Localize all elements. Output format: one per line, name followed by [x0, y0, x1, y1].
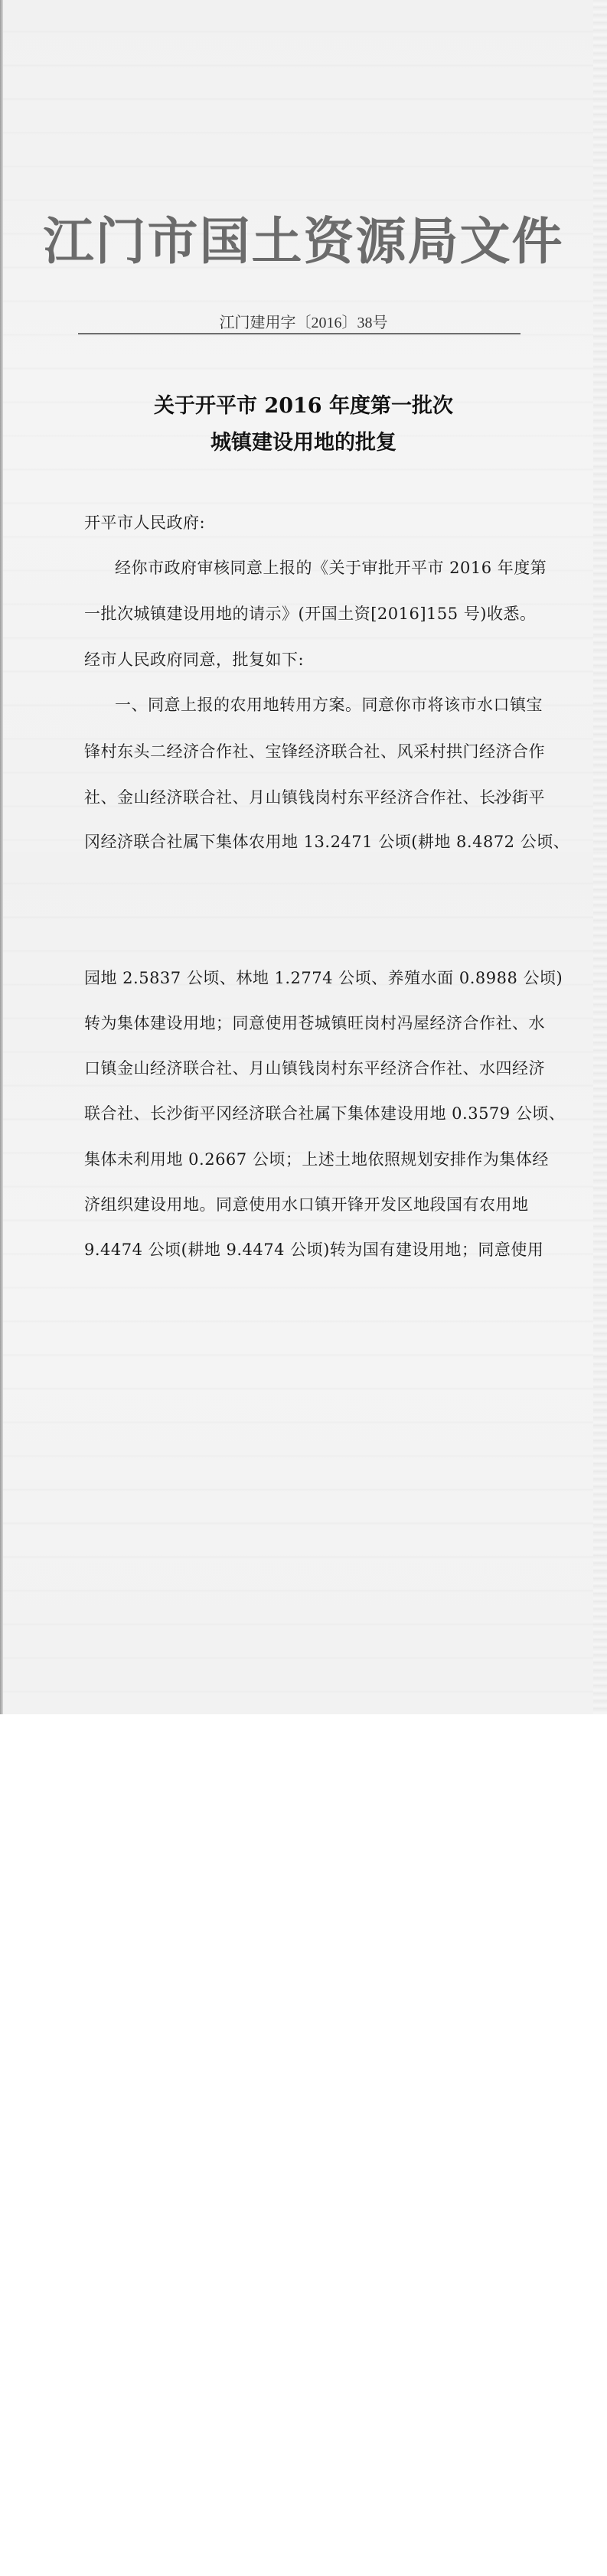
masthead: 江门市国土资源局文件: [0, 201, 607, 273]
document-page-1: 江门市国土资源局文件 江门建用字〔2016〕38号 关于开平市 2016 年度第…: [0, 0, 607, 852]
addressee: 开平市人民政府:: [84, 511, 524, 534]
body-line: 经你市政府审核同意上报的《关于审批开平市 2016 年度第: [115, 556, 524, 579]
body-line: 经市人民政府同意，批复如下:: [84, 648, 524, 671]
body-line: 社、金山经济联合社、月山镇钱岗村东平经济合作社、长沙街平: [84, 786, 524, 809]
body-line: 一、同意上报的农用地转用方案。同意你市将该市水口镇宝: [115, 693, 524, 716]
body-line: 集体未利用地 0.2667 公顷；上述土地依照规划安排作为集体经: [84, 1148, 524, 1171]
body-line: 9.4474 公顷(耕地 9.4474 公顷)转为国有建设用地；同意使用: [84, 1238, 524, 1261]
scan-edge: [0, 852, 3, 1714]
document-number: 江门建用字〔2016〕38号: [0, 310, 607, 332]
page-number: - 1 -: [494, 791, 517, 807]
body-line: 冈经济联合社属下集体农用地 13.2471 公顷(耕地 8.4872 公顷、: [84, 830, 524, 853]
body-line: 济组织建设用地。同意使用水口镇开锋开发区地段国有农用地: [84, 1193, 524, 1216]
document-page-2: 园地 2.5837 公顷、林地 1.2774 公顷、养殖水面 0.8988 公顷…: [0, 852, 607, 1714]
scan-edge: [593, 852, 607, 1714]
body-line: 一批次城镇建设用地的请示》(开国土资[2016]155 号)收悉。: [84, 602, 524, 625]
body-line: 联合社、长沙街平冈经济联合社属下集体建设用地 0.3579 公顷、: [84, 1102, 524, 1125]
document-title-line-1: 关于开平市 2016 年度第一批次: [0, 389, 607, 419]
body-line: 园地 2.5837 公顷、林地 1.2774 公顷、养殖水面 0.8988 公顷…: [84, 967, 524, 990]
header-divider: [78, 333, 521, 334]
body-line: 锋村东头二经济合作社、宝锋经济联合社、风采村拱门经济合作: [84, 740, 524, 763]
body-line: 口镇金山经济联合社、月山镇钱岗村东平经济合作社、水四经济: [84, 1057, 524, 1080]
body-line: 转为集体建设用地；同意使用苍城镇旺岗村冯屋经济合作社、水: [84, 1012, 524, 1035]
document-title-line-2: 城镇建设用地的批复: [0, 426, 607, 455]
